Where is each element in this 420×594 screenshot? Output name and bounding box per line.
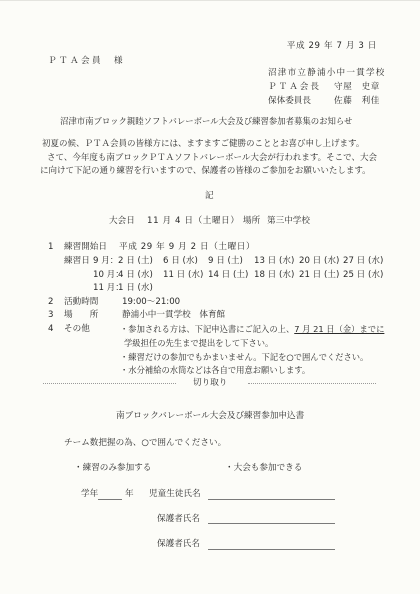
cut-line-right	[248, 383, 376, 384]
addressee: ＰＴＡ会員 様	[48, 57, 125, 66]
role-title: ＰＴＡ会長	[268, 83, 334, 92]
guardian-name-label-1: 保護者氏名	[157, 515, 200, 524]
guardian-name-field-1[interactable]	[208, 523, 335, 524]
practice-day: 14 日 (土)	[208, 271, 254, 280]
item-1: 1練習開始日平成 29 年 9 月 2 日（土曜日）	[48, 243, 255, 252]
item-4: 4その他	[48, 325, 122, 334]
practice-day: 6 日 (水)	[163, 257, 208, 266]
sender-role-pta-president: ＰＴＡ会長守屋 史章	[268, 83, 380, 92]
item-label: 活動時間	[64, 298, 122, 307]
practice-day: 20 日 (水)	[299, 257, 343, 266]
item-value: 平成 29 年 9 月 2 日（土曜日）	[119, 243, 255, 252]
cut-line-left	[43, 383, 176, 384]
practice-row-oct: 10 月：	[93, 271, 114, 280]
note-2: ・練習だけの参加でもかまいません。下記を○で囲んでください。	[120, 353, 368, 361]
role-name: 佐藤 利佳	[334, 97, 380, 106]
practice-row-nov: 11 月：	[93, 284, 114, 293]
note-1-cont: 学級担任の先生まで提出をして下さい。	[124, 339, 273, 347]
item-number: 2	[48, 298, 64, 307]
event-place-label: 場所	[243, 217, 267, 226]
ki-mark: 記	[205, 192, 214, 201]
deadline: 7 月 21 日（金）までに	[294, 324, 384, 334]
item-label: その他	[64, 325, 122, 334]
practice-day: 4 日 (水)	[118, 271, 163, 280]
item-label: 場 所	[64, 311, 122, 320]
practice-row-sep: 9 月：	[93, 257, 114, 266]
practice-day: 18 日 (水)	[254, 271, 299, 280]
scan-edge	[0, 0, 420, 1]
cut-line-label: 切り取り	[193, 379, 227, 388]
practice-days-nov: 1 日 (水)	[118, 284, 153, 293]
grade-prefix: 学年	[81, 490, 98, 499]
practice-day: 21 日 (土)	[299, 271, 343, 280]
practice-month: 11 月：	[93, 284, 114, 293]
practice-day: 27 日 (水)	[343, 257, 383, 266]
guardian-name-field-2[interactable]	[208, 549, 335, 550]
practice-days-sep: 2 日 (土)6 日 (水)9 日 (土)13 日 (水)20 日 (水)27 …	[118, 257, 383, 266]
item-number: 1	[48, 243, 64, 252]
body-line-1: 初夏の候、ＰＴＡ会員の皆様方には、ますますご健勝のこととお喜び申し上げます。	[42, 140, 364, 149]
practice-days-oct: 4 日 (水)11 日 (水)14 日 (土)18 日 (水)21 日 (土)2…	[118, 271, 383, 280]
role-title: 保体委員長	[268, 97, 334, 106]
form-instruction: チーム数把握の為、○で囲んでください。	[64, 439, 226, 448]
item-number: 4	[48, 325, 64, 334]
event-place-value: 第三中学校	[267, 217, 310, 226]
practice-day: 11 日 (水)	[163, 271, 208, 280]
practice-month: 10 月：	[93, 271, 114, 280]
practice-day: 1 日 (水)	[118, 284, 153, 293]
item-3: 3場 所静浦小中一貫学校 体育館	[48, 311, 225, 320]
sender-role-committee-chair: 保体委員長佐藤 利佳	[268, 97, 380, 106]
practice-label: 練習日	[64, 257, 90, 266]
option-tournament[interactable]: ・大会も参加できる	[225, 464, 302, 473]
event-info: 大会日11 月 4 日（土曜日）場所第三中学校	[109, 217, 310, 226]
body-line-3: に向けて下記の通り練習を行いますので、保護者の皆様のご参加をお願いいたします。	[40, 167, 371, 176]
note-3: ・水分補給の水筒などは各自で用意お願いします。	[120, 366, 310, 374]
practice-day: 25 日 (水)	[343, 271, 383, 280]
event-date-value: 11 月 4 日（土曜日）	[147, 217, 243, 226]
student-name-label: 児童生徒氏名	[149, 490, 201, 499]
notice-title: 沼津市南ブロック親睦ソフトバレーボール大会及び練習参加者募集のお知らせ	[60, 117, 352, 125]
item-value: 19:00～21:00	[122, 298, 180, 307]
note-1: ・参加される方は、下記申込書にご記入の上、7 月 21 日（金）までに	[120, 325, 384, 333]
item-label: 練習開始日	[64, 243, 119, 252]
practice-day: 9 日 (土)	[208, 257, 254, 266]
note-text: ・参加される方は、下記申込書にご記入の上、	[120, 324, 294, 334]
item-number: 3	[48, 311, 64, 320]
practice-day: 2 日 (土)	[118, 257, 163, 266]
body-line-2: さて、今年度も南ブロックＰＴＡソフトバレーボール大会が行われます。そこで、大会	[47, 154, 377, 163]
item-value: 静浦小中一貫学校 体育館	[122, 311, 225, 320]
item-2: 2活動時間19:00～21:00	[48, 298, 180, 307]
sender-school: 沼津市立静浦小中一貫学校	[268, 69, 386, 78]
event-date-label: 大会日	[109, 217, 147, 226]
student-name-field[interactable]	[208, 499, 335, 500]
role-name: 守屋 史章	[334, 83, 380, 92]
form-title: 南ブロックバレーボール大会及び練習参加申込書	[116, 412, 304, 421]
practice-day: 13 日 (水)	[254, 257, 299, 266]
guardian-name-label-2: 保護者氏名	[157, 540, 200, 549]
grade-input-line[interactable]	[98, 499, 122, 500]
practice-month: 9 月：	[93, 257, 114, 266]
grade-suffix: 年	[125, 490, 134, 499]
option-practice-only[interactable]: ・練習のみ参加する	[74, 464, 151, 473]
document-date: 平成 29 年 7 月 3 日	[287, 42, 377, 51]
